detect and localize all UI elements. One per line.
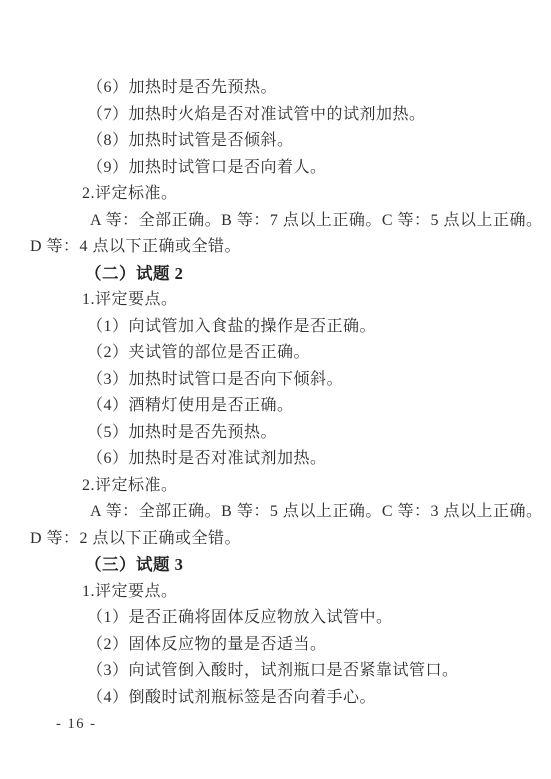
paragraph-line: D 等：2 点以下正确或全错。	[30, 526, 525, 553]
paragraph-line: （3）向试管倒入酸时，试剂瓶口是否紧靠试管口。	[30, 658, 525, 685]
paragraph-line: （6）加热时是否先预热。	[30, 75, 525, 102]
paragraph-line: D 等：4 点以下正确或全错。	[30, 234, 525, 261]
text-block: （6）加热时是否先预热。（7）加热时火焰是否对准试管中的试剂加热。（8）加热时试…	[30, 75, 525, 711]
section-heading: （三）试题 3	[30, 552, 525, 579]
paragraph-line: （9）加热时试管口是否向着人。	[30, 155, 525, 182]
page-number: - 16 -	[56, 716, 96, 733]
paragraph-line: A 等：全部正确。B 等：5 点以上正确。C 等：3 点以上正确。	[30, 499, 525, 526]
paragraph-line: （8）加热时试管是否倾斜。	[30, 128, 525, 155]
paragraph-line: （4）酒精灯使用是否正确。	[30, 393, 525, 420]
paragraph-line: 2.评定标准。	[30, 181, 525, 208]
paragraph-line: （4）倒酸时试剂瓶标签是否向着手心。	[30, 685, 525, 712]
paragraph-line: （3）加热时试管口是否向下倾斜。	[30, 367, 525, 394]
section-heading: （二）试题 2	[30, 261, 525, 288]
paragraph-line: （2）固体反应物的量是否适当。	[30, 632, 525, 659]
paragraph-line: 2.评定标准。	[30, 473, 525, 500]
paragraph-line: （2）夹试管的部位是否正确。	[30, 340, 525, 367]
document-page: （6）加热时是否先预热。（7）加热时火焰是否对准试管中的试剂加热。（8）加热时试…	[0, 0, 551, 779]
paragraph-line: A 等：全部正确。B 等：7 点以上正确。C 等：5 点以上正确。	[30, 208, 525, 235]
paragraph-line: （5）加热时是否先预热。	[30, 420, 525, 447]
paragraph-line: （6）加热时是否对准试剂加热。	[30, 446, 525, 473]
paragraph-line: （7）加热时火焰是否对准试管中的试剂加热。	[30, 102, 525, 129]
paragraph-line: （1）向试管加入食盐的操作是否正确。	[30, 314, 525, 341]
paragraph-line: 1.评定要点。	[30, 579, 525, 606]
paragraph-line: （1）是否正确将固体反应物放入试管中。	[30, 605, 525, 632]
paragraph-line: 1.评定要点。	[30, 287, 525, 314]
